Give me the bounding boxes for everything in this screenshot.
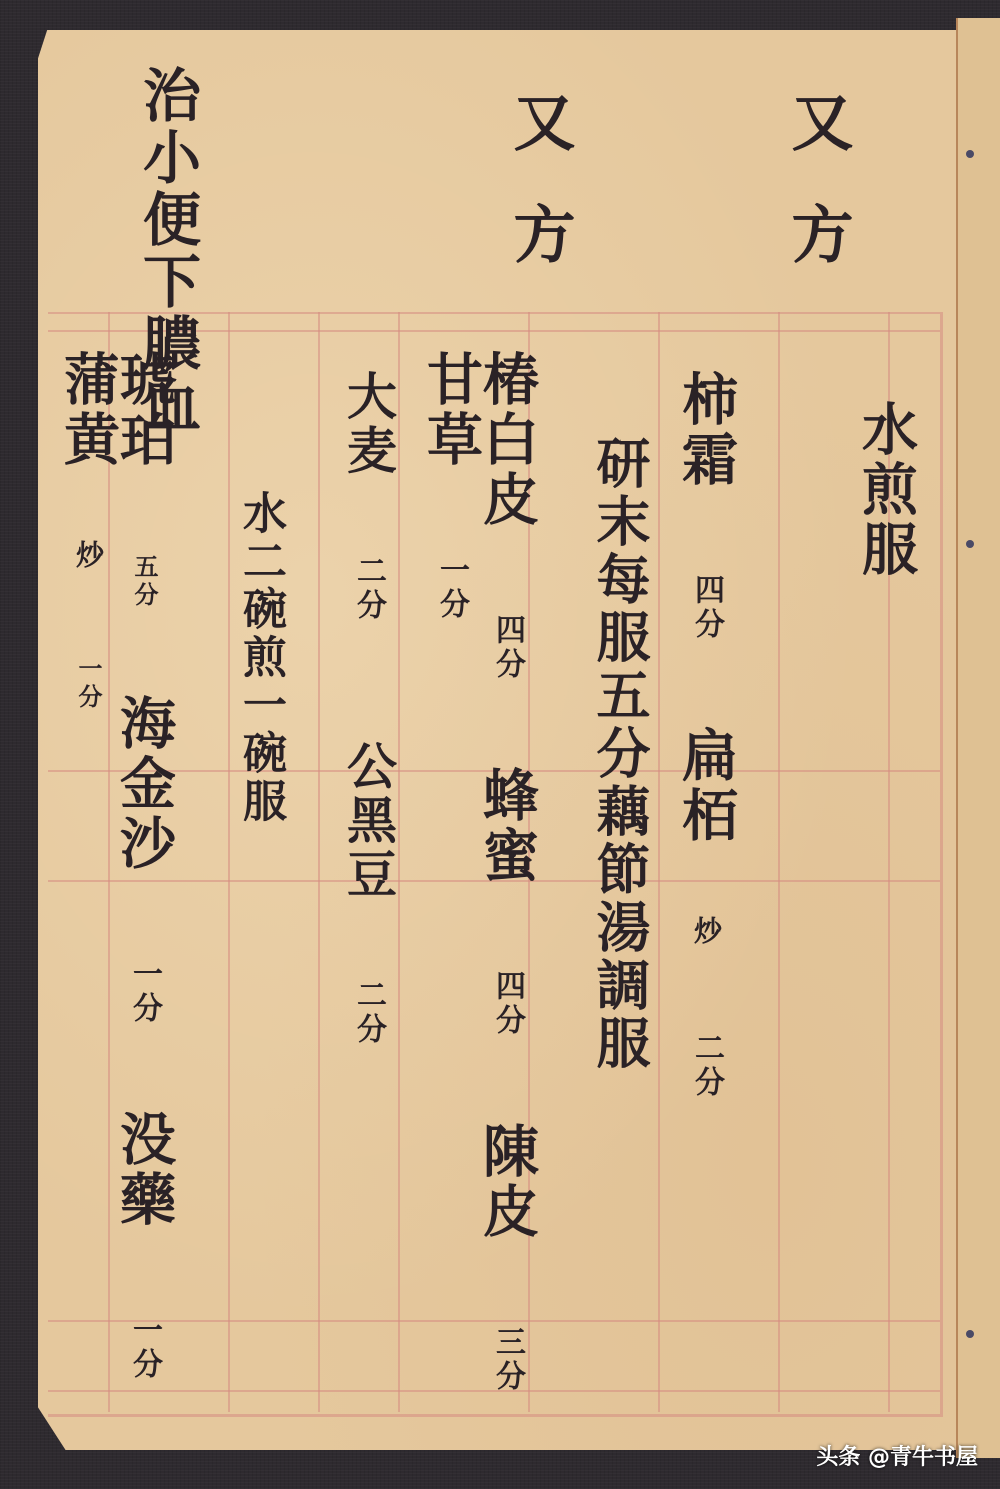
ingredient-name: 大麦	[343, 370, 393, 478]
adjacent-page-edge	[956, 18, 1000, 1458]
ingredient-qty: 四分	[492, 614, 522, 682]
manuscript-page: 水煎服 又方 柿霜 四分 扁栢 炒 二分 研末每服五分藕節湯調服 又方 椿白皮 …	[38, 30, 956, 1450]
ingredient-name: 公黑豆	[343, 740, 393, 902]
ingredient-note: 炒	[74, 540, 102, 572]
binding-hole	[966, 150, 974, 158]
ingredient-name: 蜂蜜	[479, 766, 535, 886]
column-water-decoction-instruction: 水二碗煎一碗服	[238, 490, 282, 826]
ingredient-qty: 一分	[436, 554, 466, 622]
ingredient-name: 蒲黄	[60, 350, 116, 470]
heading-text: 又方	[503, 90, 576, 314]
ingredient-qty: 一分	[129, 958, 159, 1026]
column-another-prescription-heading: 又方	[786, 90, 848, 314]
text: 水二碗煎一碗服	[235, 490, 286, 826]
heading-text: 又方	[781, 90, 854, 314]
ingredient-qty: 三分	[492, 1326, 522, 1394]
text: 水煎服	[853, 400, 919, 580]
column-preparation-instructions: 研末每服五分藕節湯調服	[593, 435, 647, 1073]
ruling-line	[318, 312, 320, 1412]
ingredient-note: 炒	[692, 916, 720, 948]
binding-hole	[966, 540, 974, 548]
watermark: 头条 @青牛书屋	[816, 1440, 978, 1471]
ingredient-name: 椿白皮	[479, 350, 535, 530]
column-ingredients-barley: 大麦 二分 公黑豆 二分	[343, 370, 393, 1061]
ingredient-qty: 二分	[353, 979, 383, 1047]
ingredient-name: 琥珀	[116, 350, 172, 470]
ingredient-name: 扁栢	[678, 726, 734, 846]
ruling-line	[228, 312, 230, 1412]
column-another-prescription-heading: 又方	[508, 90, 570, 314]
ruling-line	[778, 312, 780, 1412]
ingredient-qty: 四分	[492, 970, 522, 1038]
ingredient-qty: 五分	[132, 554, 156, 610]
binding-hole	[966, 1330, 974, 1338]
ingredient-name: 柿霜	[678, 370, 734, 490]
ruling-line	[398, 312, 400, 1412]
ingredient-qty: 二分	[353, 555, 383, 623]
ingredient-qty: 四分	[691, 574, 721, 642]
ingredient-name: 陳皮	[479, 1122, 535, 1242]
ingredient-qty: 二分	[691, 1032, 721, 1100]
ingredient-qty: 一分	[76, 656, 100, 712]
column-decoction-instruction: 水煎服	[858, 400, 914, 580]
text: 研末每服五分藕節湯調服	[588, 435, 652, 1073]
ruling-line	[658, 312, 660, 1412]
ingredient-name: 海金沙	[116, 694, 172, 874]
column-ingredients-ailanthus: 椿白皮 四分 蜂蜜 四分 陳皮 三分 甘草 一分	[423, 350, 535, 1450]
ingredient-qty: 一分	[129, 1314, 159, 1382]
ingredient-name: 没藥	[116, 1110, 172, 1230]
column-ingredients-amber: 琥珀 五分 海金沙 一分 没藥 一分 蒲黄 炒 一分	[60, 350, 172, 1450]
ingredient-name: 甘草	[423, 350, 479, 470]
column-ingredients-persimmon: 柿霜 四分 扁栢 炒 二分	[678, 370, 734, 1114]
